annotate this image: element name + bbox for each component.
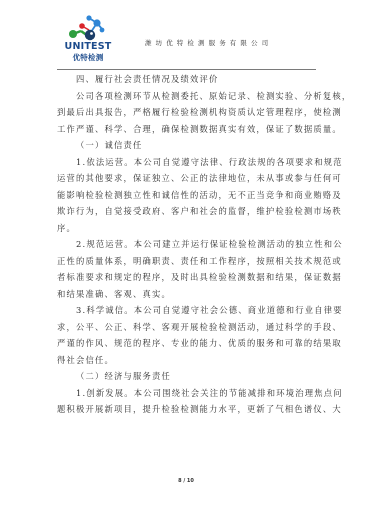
logo-brand-cn: 优特检测 xyxy=(63,53,113,62)
text-line: 3.科学诚信。本公司自觉遵守社会公德、商业道德和行业自律要 xyxy=(57,302,319,319)
header-divider xyxy=(57,69,316,70)
text-line: 得社会信任。 xyxy=(57,352,319,369)
page-header: UNITEST 优特检测 潍坊优特检测服务有限公司 xyxy=(0,0,372,70)
text-line: （二）经济与服务责任 xyxy=(57,368,319,385)
molecule-logo-icon xyxy=(67,14,111,44)
company-logo: UNITEST 优特检测 xyxy=(63,14,115,60)
company-name: 潍坊优特检测服务有限公司 xyxy=(145,38,272,47)
text-line: 工作严谨、科学、合理，确保检测数据真实有效，保证了数据质量。 xyxy=(57,121,319,138)
text-line: 四、履行社会责任情况及绩效评价 xyxy=(57,71,319,88)
text-line: 欺诈行为，自觉接受政府、客户和社会的监督，维护检验检测市场秩 xyxy=(57,203,319,220)
page-number: 8 / 10 xyxy=(0,478,372,484)
document-page: UNITEST 优特检测 潍坊优特检测服务有限公司 四、履行社会责任情况及绩效评… xyxy=(0,0,372,527)
text-line: 和结果准确、客观、真实。 xyxy=(57,286,319,303)
text-line: 2.规范运营。本公司建立并运行保证检验检测活动的独立性和公 xyxy=(57,236,319,253)
text-line: 严谨的作风、规范的程序、专业的能力、优质的服务和可靠的结果取 xyxy=(57,335,319,352)
document-body: 四、履行社会责任情况及绩效评价公司各项检测环节从检测委托、原始记录、检测实验、分… xyxy=(57,71,319,418)
text-line: 正性的质量体系，明确职责、责任和工作程序，按照相关技术规范或 xyxy=(57,253,319,270)
text-line: 序。 xyxy=(57,220,319,237)
text-line: 题积极开展新项目，提升检验检测能力水平，更新了气相色谱仪、大 xyxy=(57,401,319,418)
text-line: 1.创新发展。本公司围绕社会关注的节能减排和环境治理焦点问 xyxy=(57,385,319,402)
text-line: （一）诚信责任 xyxy=(57,137,319,154)
text-line: 公司各项检测环节从检测委托、原始记录、检测实验、分析复核， xyxy=(57,88,319,105)
text-line: 者标准要求和规定的程序，及时出具检验检测数据和结果，保证数据 xyxy=(57,269,319,286)
text-line: 到最后出具报告，严格履行检验检测机构资质认定管理程序，使检测 xyxy=(57,104,319,121)
text-line: 能影响检验检测独立性和诚信性的活动，无不正当竞争和商业贿赂及 xyxy=(57,187,319,204)
text-line: 求，公平、公正、科学、客观开展检验检测活动，通过科学的手段、 xyxy=(57,319,319,336)
text-line: 1.依法运营。本公司自觉遵守法律、行政法规的各项要求和规范 xyxy=(57,154,319,171)
text-line: 运营的其他要求，保证独立、公正的法律地位，未从事或参与任何可 xyxy=(57,170,319,187)
logo-brand-en: UNITEST xyxy=(63,42,113,52)
